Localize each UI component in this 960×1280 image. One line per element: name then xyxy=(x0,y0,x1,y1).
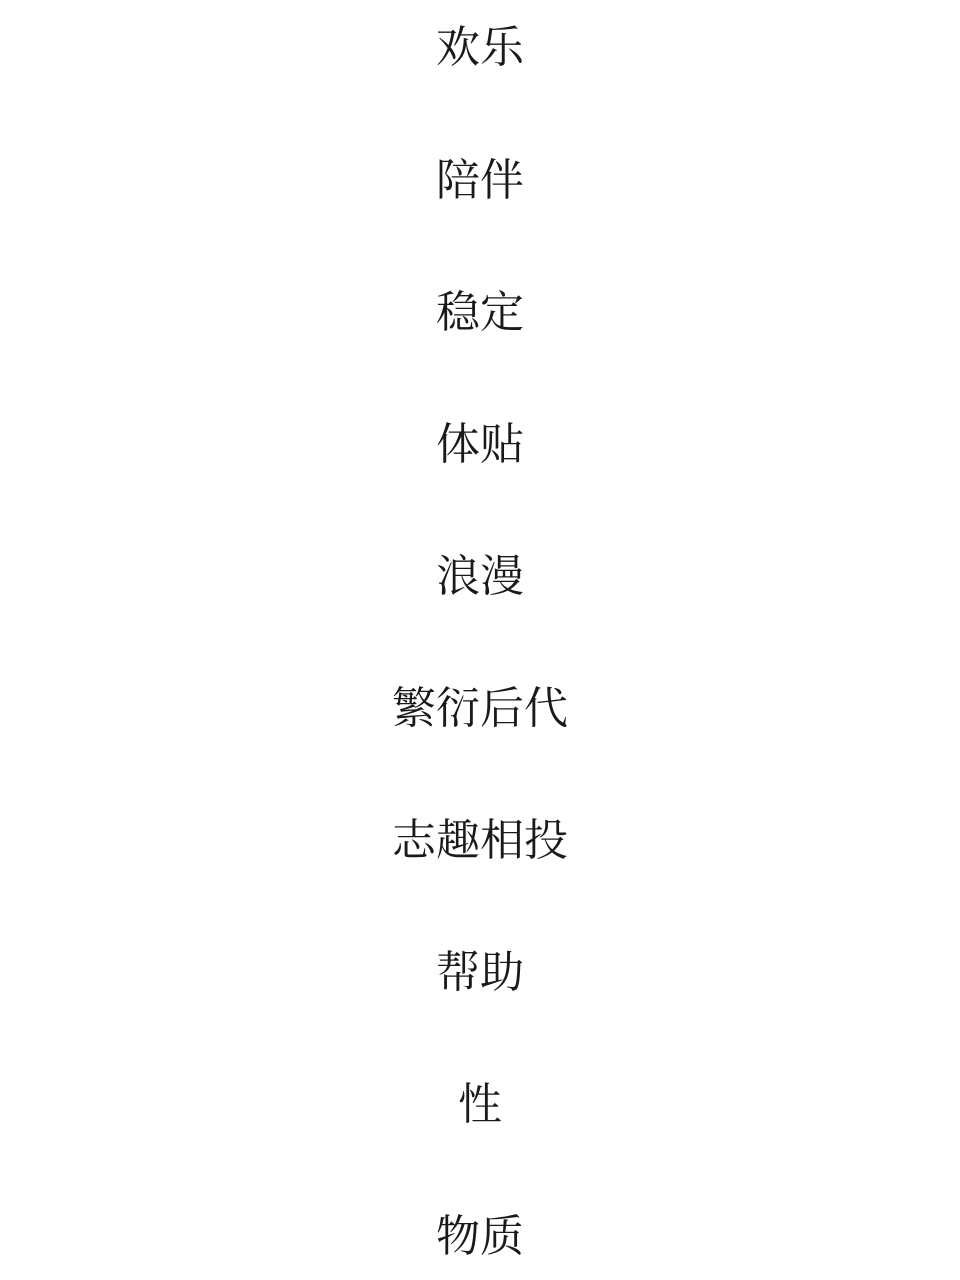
word-item: 体贴 xyxy=(0,415,960,475)
word-item: 欢乐 xyxy=(0,18,960,78)
word-item: 繁衍后代 xyxy=(0,679,960,739)
word-item: 陪伴 xyxy=(0,151,960,211)
word-item: 浪漫 xyxy=(0,547,960,607)
word-item: 物质 xyxy=(0,1207,960,1267)
word-list: 欢乐 陪伴 稳定 体贴 浪漫 繁衍后代 志趣相投 帮助 性 物质 xyxy=(0,0,960,1280)
word-item: 性 xyxy=(0,1075,960,1135)
word-item: 帮助 xyxy=(0,943,960,1003)
word-item: 稳定 xyxy=(0,283,960,343)
word-item: 志趣相投 xyxy=(0,811,960,871)
